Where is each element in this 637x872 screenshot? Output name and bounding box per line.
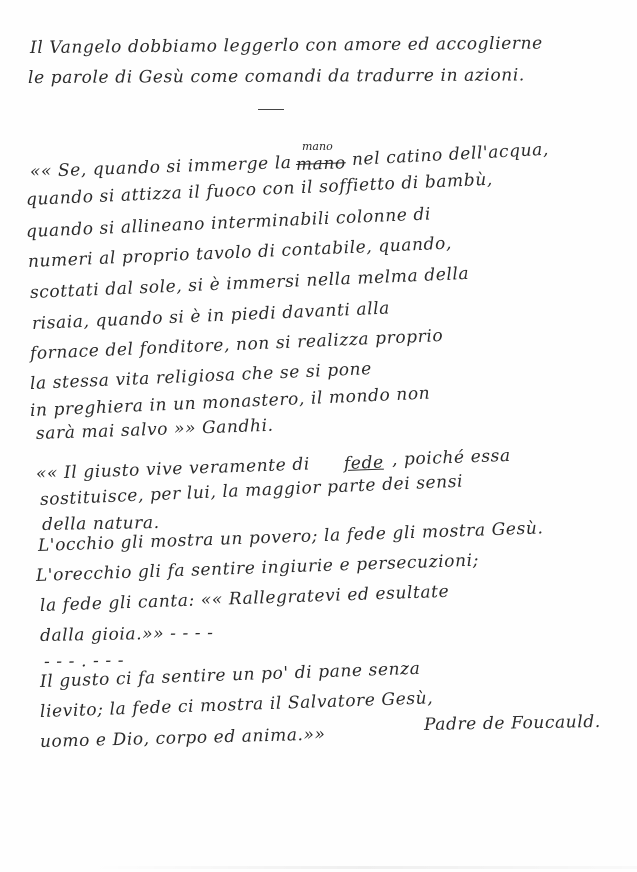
intro-line-2: le parole di Gesù come comandi da tradur… [28,65,525,88]
gandhi-line-1a: «« Se, quando si immerge la [30,153,292,182]
gandhi-line-1b: nel catino dell'acqua, [351,140,549,170]
scan-shadow [90,866,637,869]
foucauld-line-11: uomo e Dio, corpo ed anima.»» [40,725,326,752]
intro-line-1: Il Vangelo dobbiamo leggerlo con amore e… [30,34,543,58]
gandhi-line-7: fornace del fonditore, non si realizza p… [30,326,444,364]
foucauld-line-1c: , poiché essa [392,446,511,470]
underlined-fede: fede [344,453,384,474]
gandhi-line-10: sarà mai salvo »» Gandhi. [36,416,274,444]
attribution-foucauld: Padre de Foucauld. [424,712,601,735]
struck-word: mano [296,153,347,175]
foucauld-line-7: dalla gioia.»» - - - - [40,623,214,646]
foucauld-line-6: la fede gli canta: «« Rallegratevi ed es… [40,582,450,616]
foucauld-line-5: L'orecchio gli fa sentire ingiurie e per… [36,551,480,586]
manuscript-page: Il Vangelo dobbiamo leggerlo con amore e… [0,0,637,872]
correction-above: mano [302,140,333,153]
gandhi-line-6: risaia, quando si è in piedi davanti all… [32,298,391,334]
gandhi-line-5: scottati dal sole, si è immersi nella me… [30,264,470,303]
gandhi-line-4: numeri al proprio tavolo di contabile, q… [28,234,453,272]
separator-dash [258,109,284,110]
foucauld-line-10: lievito; la fede ci mostra il Salvatore … [40,688,434,722]
